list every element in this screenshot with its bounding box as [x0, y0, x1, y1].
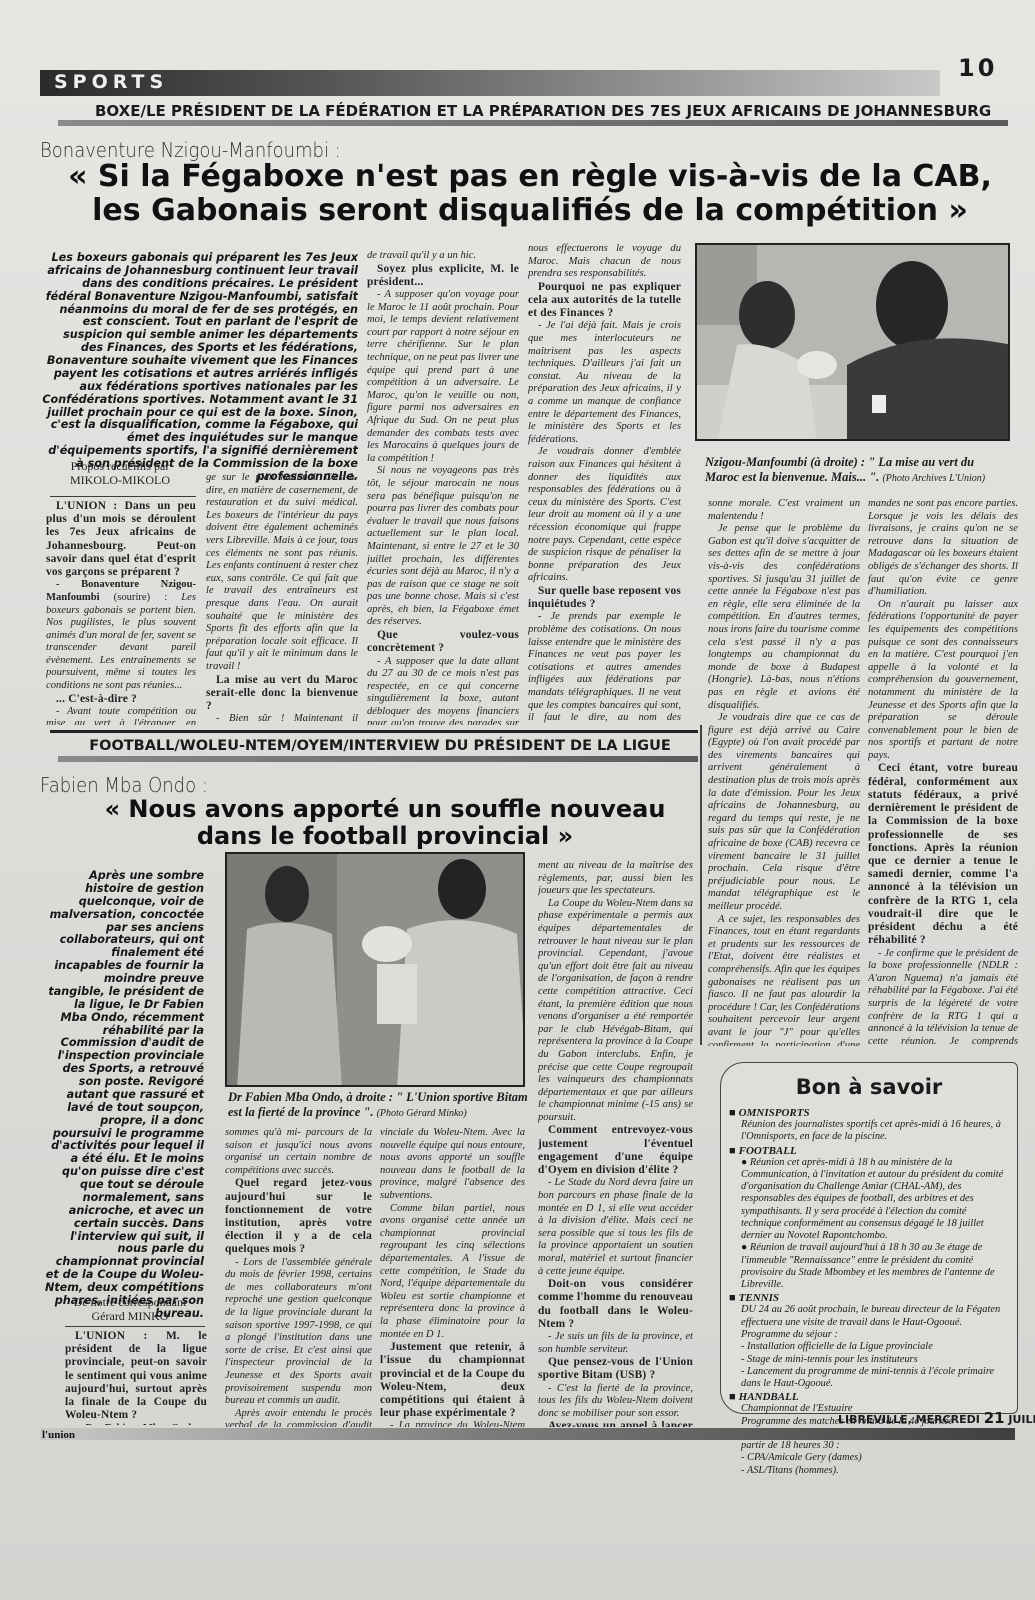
section-title: SPORTS — [54, 71, 168, 93]
byline-rule — [50, 496, 196, 497]
notice-line: - Lancement du programme de mini-tennis … — [729, 1366, 1009, 1391]
photo-image — [697, 245, 1010, 441]
answer: de travail qu'il y a un hic. — [367, 250, 519, 263]
answer: - La province du Woleu-Ntem est très vas… — [380, 1420, 525, 1427]
dateline-prefix: LIBREVILLE, MERCREDI — [838, 1413, 980, 1426]
dateline-day: 21 — [984, 1409, 1005, 1427]
question: La mise au vert du Maroc serait-elle don… — [206, 674, 358, 714]
answer: On n'aurait pu laisser aux fédérations l… — [868, 599, 1018, 763]
article1-kicker: BOXE/Le président de la fédération et la… — [95, 102, 965, 120]
question: Justement que retenir, à l'issue du cham… — [380, 1341, 525, 1420]
question: Soyez plus explicite, M. le président... — [367, 263, 519, 289]
kicker-rule — [58, 120, 1008, 126]
answer: ge sur le plan national. C'est-à-dire, e… — [206, 472, 358, 674]
photo-caption-1: Nzigou-Manfoumbi (à droite) : " La mise … — [705, 455, 1010, 485]
bon-a-savoir-football: FOOTBALL ● Réunion cet après-midi à 18 h… — [729, 1145, 1009, 1292]
question: Quel regard jetez-vous aujourd'hui sur l… — [225, 1177, 372, 1256]
notice-line: - Installation officielle de la Ligue pr… — [729, 1341, 1009, 1353]
bon-a-savoir-title: Bon à savoir — [729, 1075, 1009, 1099]
question: Sur quelle base reposent vos inquiétudes… — [528, 585, 681, 611]
answer: - Je l'ai déjà fait. Mais je crois que m… — [528, 320, 681, 446]
answer: - Avant toute compétition ou mise au ver… — [46, 706, 196, 725]
article2-headline: « Nous avons apporté un souffle nouveau … — [75, 796, 695, 850]
respondent-note: (sourire) : — [114, 592, 168, 603]
question: Pourquoi ne pas expliquer cela aux autor… — [528, 281, 681, 321]
answer: ment au niveau de la maîtrise des règlem… — [538, 860, 693, 898]
notice-line: DU 24 au 26 août prochain, le bureau dir… — [729, 1304, 1009, 1329]
answer: Si nous ne voyageons pas très tôt, le sé… — [367, 465, 519, 629]
answer: nous effectuerons le voyage du Maroc. Ma… — [528, 243, 681, 281]
answer: - Je prends par exemple le problème des … — [528, 611, 681, 725]
category-label: FOOTBALL — [729, 1145, 1009, 1157]
answer: sonne morale. C'est vraiment un malenten… — [708, 498, 860, 523]
answer: - Le Stade du Nord devra faire un bon pa… — [538, 1177, 693, 1278]
section-header-bar: SPORTS — [40, 70, 940, 96]
notice-line: - CPA/Amicale Gery (dames) — [729, 1452, 1009, 1464]
article1-lead: Les boxeurs gabonais qui préparent les 7… — [42, 252, 358, 484]
footer-dateline: LIBREVILLE, MERCREDI 21 JUILLET 1999 — [838, 1409, 1035, 1427]
answer: - Bien sûr ! Maintenant il faudrait qu'o… — [206, 713, 358, 725]
footer-bar — [40, 1428, 1015, 1440]
answer: - Je suis un fils de la province, et son… — [538, 1331, 693, 1356]
question: Comment entrevoyez-vous justement l'éven… — [538, 1124, 693, 1177]
article1-column-2: ge sur le plan national. C'est-à-dire, e… — [206, 472, 358, 725]
answer: - Lors de l'assemblée générale du mois d… — [225, 1257, 372, 1408]
notice-line: Programme du séjour : — [729, 1329, 1009, 1341]
article1-column-3: de travail qu'il y a un hic. Soyez plus … — [367, 250, 519, 725]
question: L'UNION : M. le président de la ligue pr… — [65, 1330, 207, 1423]
question: Que pensez-vous de l'Union sportive Bita… — [538, 1356, 693, 1382]
footer-logo: l'union — [42, 1429, 75, 1441]
answer: mandes ne sont pas encore parties. Lorsq… — [868, 498, 1018, 599]
photo-nzigou-manfoumbi — [695, 243, 1010, 441]
article2-column-2: sommes qu'à mi- parcours de la saison et… — [225, 1127, 372, 1427]
byline-rule — [65, 1326, 205, 1327]
newspaper-page: SPORTS 10 BOXE/Le président de la fédéra… — [0, 0, 1035, 1600]
answer: sommes qu'à mi- parcours de la saison et… — [225, 1127, 372, 1177]
answer: - Je confirme que le président de la box… — [868, 948, 1018, 1046]
article2-top-rule — [50, 730, 698, 733]
article2-column-4: ment au niveau de la maîtrise des règlem… — [538, 860, 693, 1427]
question: Doit-on vous considérer comme l'homme du… — [538, 1278, 693, 1331]
article1-column-5: sonne morale. C'est vraiment un malenten… — [708, 498, 860, 1046]
article1-kicker-block: BOXE/Le président de la fédération et la… — [95, 102, 965, 120]
answer: - A supposer que la date allant du 27 au… — [367, 656, 519, 726]
byline-text: Propos recueillis par — [45, 460, 195, 474]
notice-line: Réunion des journalistes sportifs cet ap… — [729, 1119, 1009, 1144]
article2-speaker: Fabien Mba Ondo : — [40, 773, 208, 797]
notice-line: - ASL/Titans (hommes). — [729, 1465, 1009, 1477]
headline-line: « Nous avons apporté un souffle nouveau — [75, 796, 695, 823]
answer: Je voudrais dire que ce cas de figure es… — [708, 712, 860, 914]
headline-line: dans le football provincial » — [75, 823, 695, 850]
notice-line: ● Réunion cet après-midi à 18 h au minis… — [729, 1157, 1009, 1243]
article2-column-1: L'UNION : M. le président de la ligue pr… — [65, 1330, 207, 1425]
answer: Les boxeurs gabonais se portent bien. No… — [46, 592, 196, 691]
bon-a-savoir-omnisports: OMNISPORTS Réunion des journalistes spor… — [729, 1107, 1009, 1144]
byline-text: De notre correspondant — [60, 1296, 200, 1310]
photo-caption-2: Dr Fabien Mba Ondo, à droite : " L'Union… — [228, 1090, 528, 1120]
answer: Je pense que le problème du Gabon est qu… — [708, 523, 860, 712]
column-divider — [700, 725, 702, 1045]
question: Avez-vous un appel à lancer ? — [538, 1420, 693, 1427]
answer: Je voudrais donner d'emblée raison aux F… — [528, 446, 681, 585]
notice-line: - Stage de mini-tennis pour les institut… — [729, 1354, 1009, 1366]
article1-byline: Propos recueillis par MIKOLO-MIKOLO — [45, 460, 195, 488]
article2-column-3: vinciale du Woleu-Ntem. Avec la nouvelle… — [380, 1127, 525, 1427]
page-number: 10 — [958, 54, 997, 82]
headline-line: les Gabonais seront disqualifiés de la c… — [55, 194, 1005, 228]
article2-kicker: FOOTBALL/WOLEU-NTEM/Oyem/Interview du pr… — [70, 738, 690, 754]
respondent-name: - Dr Fabien Mba Ondo : — [75, 1423, 207, 1425]
headline-line: « Si la Fégaboxe n'est pas en règle vis-… — [55, 160, 1005, 194]
byline-author: MIKOLO-MIKOLO — [45, 474, 195, 488]
answer: Comme bilan partiel, nous avons organisé… — [380, 1203, 525, 1342]
article1-headline: « Si la Fégaboxe n'est pas en règle vis-… — [55, 160, 1005, 227]
answer: - A supposer qu'on voyage pour le Maroc … — [367, 289, 519, 465]
photo-fabien-mba-ondo — [225, 852, 525, 1087]
category-label: OMNISPORTS — [729, 1107, 1009, 1119]
answer: vinciale du Woleu-Ntem. Avec la nouvelle… — [380, 1127, 525, 1203]
category-label: HANDBALL — [729, 1391, 1009, 1403]
category-label: TENNIS — [729, 1292, 1009, 1304]
photo-credit: (Photo Archives L'Union) — [882, 473, 985, 484]
bon-a-savoir-box: Bon à savoir OMNISPORTS Réunion des jour… — [720, 1062, 1018, 1414]
article1-column-4: nous effectuerons le voyage du Maroc. Ma… — [528, 243, 681, 725]
article1-column-6: mandes ne sont pas encore parties. Lorsq… — [868, 498, 1018, 1046]
answer: La Coupe du Woleu-Ntem dans sa phase exp… — [538, 898, 693, 1125]
article2-byline: De notre correspondant Gérard MINKO — [60, 1296, 200, 1324]
notice-line: ● Réunion de travail aujourd'hui à 18 h … — [729, 1242, 1009, 1291]
question: Que voulez-vous concrètement ? — [367, 629, 519, 655]
photo-credit: (Photo Gérard Minko) — [377, 1108, 467, 1119]
kicker-rule — [58, 756, 698, 762]
dateline-suffix: JUILLET 1999 — [1008, 1413, 1035, 1426]
question: Ceci étant, votre bureau fédéral, confor… — [868, 762, 1018, 947]
article2-lead: Après une sombre histoire de gestion que… — [44, 870, 204, 1321]
article1-column-1: L'UNION : Dans un peu plus d'un mois se … — [46, 500, 196, 725]
question: L'UNION : Dans un peu plus d'un mois se … — [46, 500, 196, 579]
question: ... C'est-à-dire ? — [46, 693, 196, 706]
answer: Après avoir entendu le procès verbal de … — [225, 1408, 372, 1427]
answer: - C'est la fierté de la province, tous l… — [538, 1383, 693, 1421]
byline-author: Gérard MINKO — [60, 1310, 200, 1324]
answer: A ce sujet, les responsables des Finance… — [708, 914, 860, 1046]
photo-image — [227, 854, 525, 1087]
bon-a-savoir-tennis: TENNIS DU 24 au 26 août prochain, le bur… — [729, 1292, 1009, 1390]
article2-kicker-block: FOOTBALL/WOLEU-NTEM/Oyem/Interview du pr… — [70, 738, 690, 754]
